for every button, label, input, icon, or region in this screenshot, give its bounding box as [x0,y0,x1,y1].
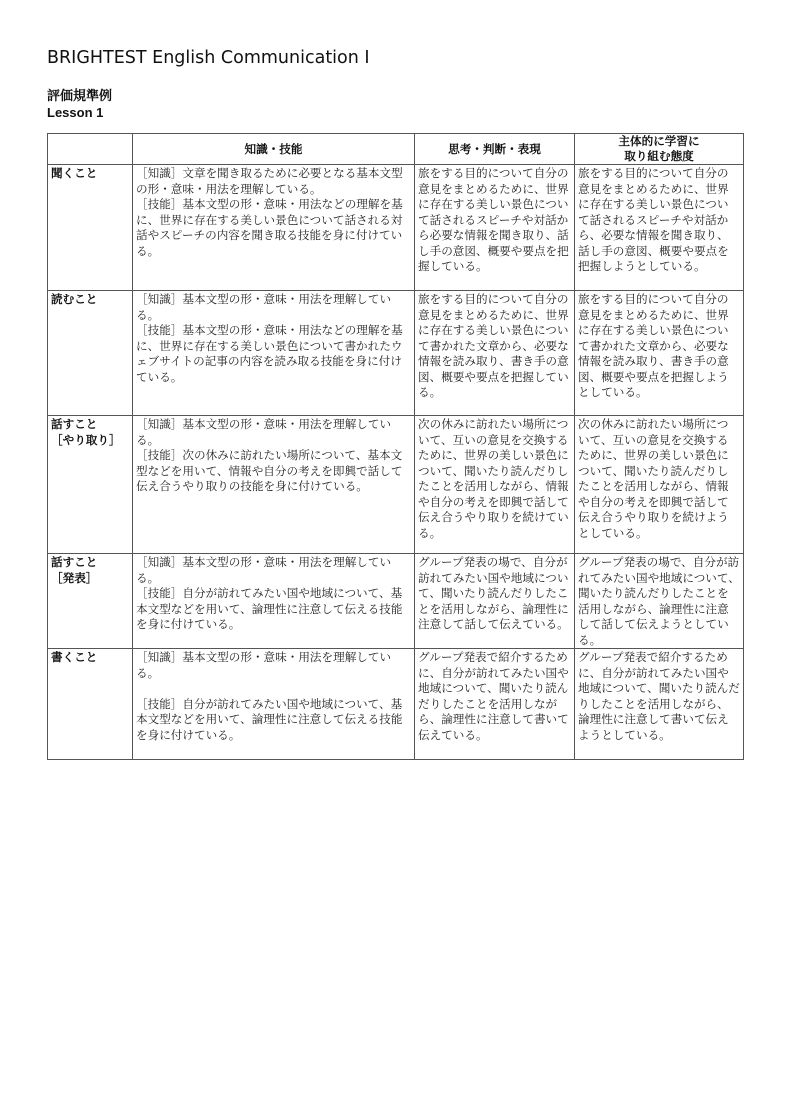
skill-sublabel: ［発表］ [51,571,129,587]
skill-cell: 話すこと ［発表］ [48,554,133,649]
table-row: 書くこと ［知識］基本文型の形・意味・用法を理解している。 ［技能］自分が訪れて… [48,649,744,760]
knowledge-text: ［知識］基本文型の形・意味・用法を理解している。 [136,555,411,586]
table-row: 話すこと ［発表］ ［知識］基本文型の形・意味・用法を理解している。 ［技能］自… [48,554,744,649]
skill-text: ［技能］次の休みに訪れたい場所について、基本文型などを用いて、情報や自分の考えを… [136,448,411,495]
header-attitude: 主体的に学習に 取り組む態度 [575,134,744,165]
knowledge-skills-cell: ［知識］基本文型の形・意味・用法を理解している。 ［技能］次の休みに訪れたい場所… [133,416,415,554]
thinking-cell: 次の休みに訪れたい場所について、互いの意見を交換するために、世界の美しい景色につ… [415,416,575,554]
skill-label: 書くこと [51,651,97,664]
skill-label: 話すこと [51,418,97,431]
skill-cell: 聞くこと [48,165,133,291]
rubric-heading: 評価規準例 [47,87,112,104]
header-knowledge-skills: 知識・技能 [133,134,415,165]
skill-label: 読むこと [51,293,97,306]
knowledge-text: ［知識］文章を聞き取るために必要となる基本文型の形・意味・用法を理解している。 [136,166,411,197]
skill-label: 話すこと [51,556,97,569]
document-subtitle: 評価規準例 Lesson 1 [47,87,112,121]
skill-text: ［技能］基本文型の形・意味・用法などの理解を基に、世界に存在する美しい景色につい… [136,323,411,385]
knowledge-skills-cell: ［知識］基本文型の形・意味・用法を理解している。 ［技能］基本文型の形・意味・用… [133,291,415,416]
knowledge-skills-cell: ［知識］基本文型の形・意味・用法を理解している。 ［技能］自分が訪れてみたい国や… [133,649,415,760]
attitude-cell: 旅をする目的について自分の意見をまとめるために、世界に存在する美しい景色について… [575,165,744,291]
header-empty [48,134,133,165]
header-thinking-judgment-expression: 思考・判断・表現 [415,134,575,165]
skill-text: ［技能］基本文型の形・意味・用法などの理解を基に、世界に存在する美しい景色につい… [136,197,411,259]
knowledge-skills-cell: ［知識］基本文型の形・意味・用法を理解している。 ［技能］自分が訪れてみたい国や… [133,554,415,649]
table-row: 読むこと ［知識］基本文型の形・意味・用法を理解している。 ［技能］基本文型の形… [48,291,744,416]
knowledge-text: ［知識］基本文型の形・意味・用法を理解している。 [136,417,411,448]
skill-cell: 話すこと ［やり取り］ [48,416,133,554]
thinking-cell: グループ発表で紹介するために、自分が訪れてみたい国や地域について、聞いたり読んだ… [415,649,575,760]
attitude-cell: 次の休みに訪れたい場所について、互いの意見を交換するために、世界の美しい景色につ… [575,416,744,554]
attitude-cell: グループ発表の場で、自分が訪れてみたい国や地域について、聞いたり読んだりしたこと… [575,554,744,649]
table-row: 話すこと ［やり取り］ ［知識］基本文型の形・意味・用法を理解している。 ［技能… [48,416,744,554]
header-attitude-line1: 主体的に学習に [578,134,740,149]
attitude-cell: 旅をする目的について自分の意見をまとめるために、世界に存在する美しい景色について… [575,291,744,416]
skill-cell: 読むこと [48,291,133,416]
document-title: BRIGHTEST English Communication I [47,48,370,68]
knowledge-text: ［知識］基本文型の形・意味・用法を理解している。 [136,292,411,323]
rubric-table: 知識・技能 思考・判断・表現 主体的に学習に 取り組む態度 聞くこと ［知識］文… [47,133,744,760]
knowledge-skills-cell: ［知識］文章を聞き取るために必要となる基本文型の形・意味・用法を理解している。 … [133,165,415,291]
thinking-cell: 旅をする目的について自分の意見をまとめるために、世界に存在する美しい景色について… [415,291,575,416]
skill-text: ［技能］自分が訪れてみたい国や地域について、基本文型などを用いて、論理性に注意し… [136,586,411,633]
skill-sublabel: ［やり取り］ [51,433,129,449]
skill-label: 聞くこと [51,167,97,180]
thinking-cell: 旅をする目的について自分の意見をまとめるために、世界に存在する美しい景色について… [415,165,575,291]
header-attitude-line2: 取り組む態度 [578,149,740,164]
attitude-cell: グループ発表で紹介するために、自分が訪れてみたい国や地域について、聞いたり読んだ… [575,649,744,760]
table-row: 聞くこと ［知識］文章を聞き取るために必要となる基本文型の形・意味・用法を理解し… [48,165,744,291]
table-header-row: 知識・技能 思考・判断・表現 主体的に学習に 取り組む態度 [48,134,744,165]
lesson-label: Lesson 1 [47,104,112,121]
skill-cell: 書くこと [48,649,133,760]
thinking-cell: グループ発表の場で、自分が訪れてみたい国や地域について、聞いたり読んだりしたこと… [415,554,575,649]
skill-text: ［技能］自分が訪れてみたい国や地域について、基本文型などを用いて、論理性に注意し… [136,697,411,744]
knowledge-text: ［知識］基本文型の形・意味・用法を理解している。 [136,650,411,681]
